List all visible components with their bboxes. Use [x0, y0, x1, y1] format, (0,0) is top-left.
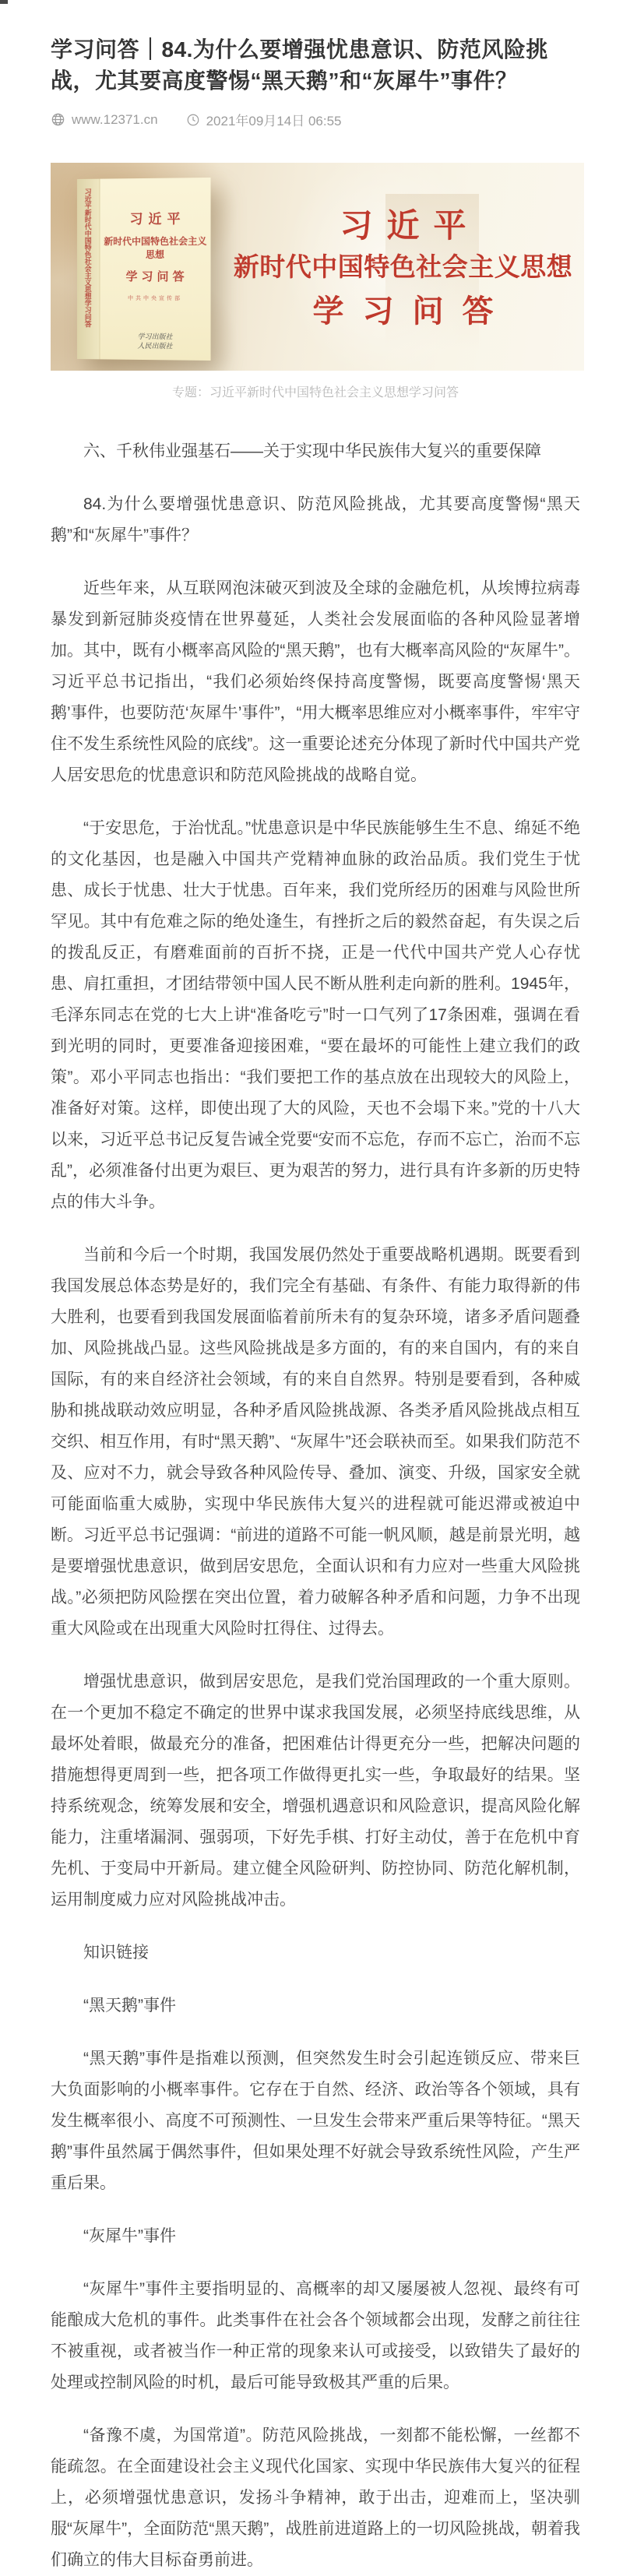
- globe-icon: [51, 112, 65, 127]
- book-editor: 中共中央宣传部: [100, 294, 210, 303]
- article-page: 学习问答｜84.为什么要增强忧患意识、防范风险挑战，尤其要高度警惕“黑天鹅”和“…: [0, 0, 623, 2576]
- term-gray-rhino: “灰犀牛”事件: [51, 2221, 580, 2252]
- book-publishers: 学习出版社 人民出版社: [100, 332, 210, 351]
- paragraph-3: 当前和今后一个时期，我国发展仍然处于重要战略机遇期。既要看到我国发展总体态势是好…: [51, 1240, 580, 1645]
- meta-source: www.12371.cn: [51, 112, 158, 128]
- publish-datetime: 2021年09月14日 06:55: [206, 110, 342, 129]
- banner-headline-line1: 习近平: [230, 208, 576, 244]
- article-body: 六、千秋伟业强基石——关于实现中华民族伟大复兴的重要保障 84.为什么要增强忧患…: [51, 436, 580, 2576]
- article-meta: www.12371.cn 2021年09月14日 06:55: [51, 110, 623, 129]
- question-heading: 84.为什么要增强忧患意识、防范风险挑战，尤其要高度警惕“黑天鹅”和“灰犀牛”事…: [51, 489, 580, 551]
- section-heading: 六、千秋伟业强基石——关于实现中华民族伟大复兴的重要保障: [51, 436, 580, 467]
- paragraph-2: “于安思危，于治忧乱。”忧患意识是中华民族能够生生不息、绵延不绝的文化基因，也是…: [51, 813, 580, 1218]
- book-front-cover: 习近平 新时代中国特色社会主义思想 学习问答 中共中央宣传部 学习出版社 人民出…: [100, 178, 210, 361]
- banner-image: 习近平新时代中国特色社会主义思想学习问答 习近平 新时代中国特色社会主义思想 学…: [51, 163, 584, 371]
- banner-headline-line2: 新时代中国特色社会主义思想: [230, 253, 576, 281]
- banner-headline: 习近平 新时代中国特色社会主义思想 学习问答: [230, 208, 576, 329]
- book-cover: 习近平新时代中国特色社会主义思想学习问答 习近平 新时代中国特色社会主义思想 学…: [77, 178, 211, 361]
- meta-datetime: 2021年09月14日 06:55: [186, 110, 342, 129]
- book-title-line3: 学习问答: [100, 268, 210, 284]
- book-publisher-2: 人民出版社: [100, 340, 210, 350]
- book-title-line2: 新时代中国特色社会主义思想: [100, 234, 210, 261]
- banner-headline-line3: 学习问答: [230, 294, 576, 329]
- definition-black-swan: “黑天鹅”事件是指难以预测，但突然发生时会引起连锁反应、带来巨大负面影响的小概率…: [51, 2043, 580, 2199]
- page-title: 学习问答｜84.为什么要增强忧患意识、防范风险挑战，尤其要高度警惕“黑天鹅”和“…: [51, 34, 580, 97]
- banner-caption-link[interactable]: 专题：习近平新时代中国特色社会主义思想学习问答: [51, 385, 580, 402]
- term-black-swan: “黑天鹅”事件: [51, 1990, 580, 2022]
- corner-mark: [0, 0, 8, 4]
- book-title-line1: 习近平: [100, 207, 210, 227]
- book-spine-text: 习近平新时代中国特色社会主义思想学习问答: [77, 179, 100, 360]
- knowledge-link-heading: 知识链接: [51, 1937, 580, 1969]
- paragraph-4: 增强忧患意识，做到居安思危，是我们党治国理政的一个重大原则。在一个更加不稳定不确…: [51, 1666, 580, 1916]
- closing-paragraph: “备豫不虞，为国常道”。防范风险挑战，一刻都不能松懈，一丝都不能疏忽。在全面建设…: [51, 2420, 580, 2576]
- paragraph-1: 近些年来，从互联网泡沫破灭到波及全球的金融危机，从埃博拉病毒暴发到新冠肺炎疫情在…: [51, 573, 580, 791]
- source-url: www.12371.cn: [72, 112, 158, 128]
- clock-icon: [186, 113, 200, 127]
- definition-gray-rhino: “灰犀牛”事件主要指明显的、高概率的却又屡屡被人忽视、最终有可能酿成大危机的事件…: [51, 2274, 580, 2398]
